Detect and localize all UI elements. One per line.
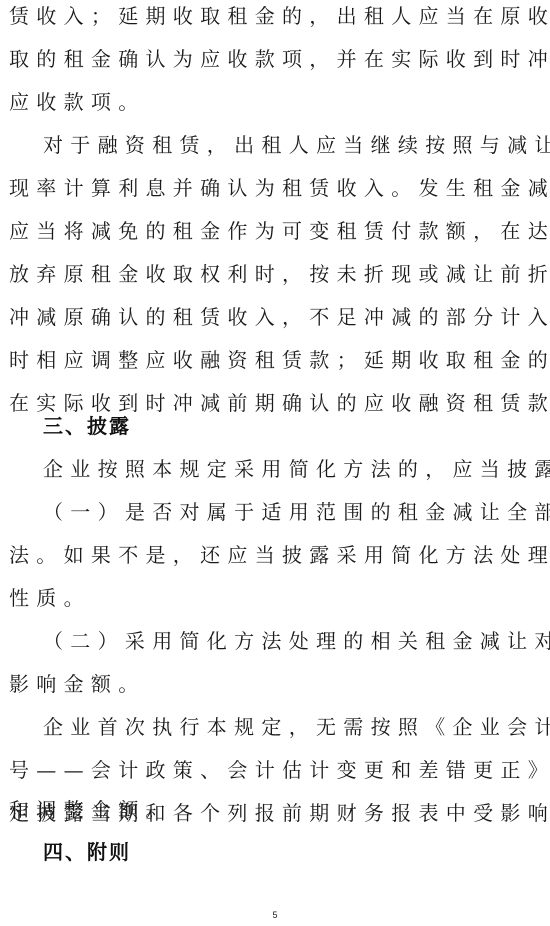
paragraph-line: 冲减原确认的租赁收入，不足冲减的部分计入投资收益，同: [9, 303, 539, 331]
paragraph-line: 取的租金确认为应收款项，并在实际收到时冲减前期确认的: [9, 45, 539, 73]
paragraph-line: 企业按照本规定采用简化方法的，应当披露下列信息：: [43, 455, 543, 483]
paragraph-line: 影响金额。: [9, 670, 539, 698]
page-number: 5: [0, 910, 550, 920]
document-page: 赁收入；延期收取租金的，出租人应当在原收取期间将应收 取的租金确认为应收款项，并…: [0, 0, 550, 926]
paragraph-line: 现率计算利息并确认为租赁收入。发生租金减免的，出租人: [9, 174, 539, 202]
paragraph-line: 和调整金额。: [9, 796, 539, 824]
section-heading-disclosure: 三、披露: [43, 412, 131, 440]
paragraph-line: 对于融资租赁，出租人应当继续按照与减让前一致的折: [43, 131, 543, 159]
paragraph-line: （一）是否对属于适用范围的租金减让全部采用简化方: [43, 498, 543, 526]
paragraph-line: 放弃原租金收取权利时，按未折现或减让前折现率折现金额: [9, 260, 539, 288]
paragraph-line: 法。如果不是，还应当披露采用简化方法处理的租赁合同的: [9, 541, 539, 569]
paragraph-line: 性质。: [9, 584, 539, 612]
paragraph-line: 号——会计政策、会计估计变更和差错更正》第十五条的规: [9, 756, 539, 784]
paragraph-line: 应当将减免的租金作为可变租赁付款额，在达成减让协议等: [9, 217, 539, 245]
paragraph-line: 应收款项。: [9, 88, 539, 116]
paragraph-line: （二）采用简化方法处理的相关租金减让对当期损益的: [43, 627, 543, 655]
paragraph-line: 企业首次执行本规定，无需按照《企业会计准则第 28: [43, 713, 543, 741]
paragraph-line: 赁收入；延期收取租金的，出租人应当在原收取期间将应收: [9, 2, 539, 30]
section-heading-supplementary: 四、附则: [43, 838, 131, 866]
paragraph-line: 时相应调整应收融资租赁款；延期收取租金的，出租人应当: [9, 346, 539, 374]
